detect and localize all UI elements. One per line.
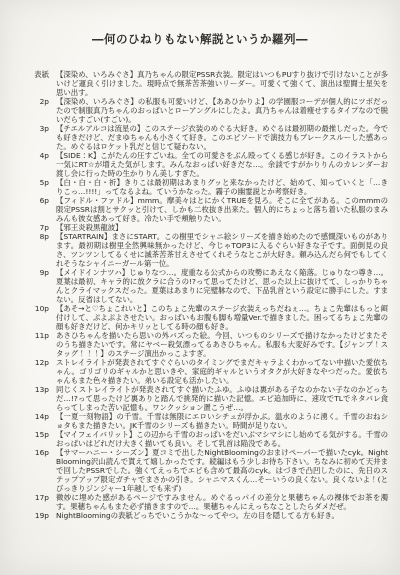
entry-row: 13p 同じくストレイライトが発表されてすぐ描いたふゆ。ふゆは裏がある子なのかな… [12,385,388,412]
entry-text: 【深染め、いろみぐさ】真乃ちゃんの限定PSSR衣装。限定はいつもPUすり抜けで引… [56,70,388,97]
page-title: ―何のひねりもない解説というか羅列― [12,32,388,46]
entry-text: 【STARTRAIN】まさにSTART。この樹里でシャニ絵シリーズを描き始めたの… [56,232,388,268]
entry-page-label: 17p [12,493,56,511]
entry-row: 3p 【チエルアルコは流星の】このステージ衣装のめぐる大好き。めぐるは最初期の最… [12,124,388,151]
entry-text: 【邪王炎殺黒龍波】 [56,223,388,232]
entry-row: 11p あさひちゃんを描いたら思いの外バズった絵。今回、いつものシリーズで描けな… [12,331,388,358]
scanned-commentary-page: ―何のひねりもない解説というか羅列― 表紙 【深染め、いろみぐさ】真乃ちゃんの限… [0,0,400,575]
entry-row: 10p 【あそ→と♡ちょこれいと】このちょこ先輩のステージ衣装えっちだねぇ…。ち… [12,304,388,331]
entry-row: 19p NightBloomingの表紙どっちでいこうかな〜ってやつ。左の目を隠… [12,511,388,520]
entry-page-label: 15p [12,430,56,448]
entry-text: 【メイドインナツハ】じゅりなつ…。度重なる公式からの攻勢にあえなく陥落。じゅりな… [56,268,388,304]
entry-row: 6p 【フィドル・ファドル】mmm。摩美々はとにかくTRUEを見ろ。そこに全てが… [12,196,388,223]
entry-text: 【あそ→と♡ちょこれいと】このちょこ先輩のステージ衣装えっちだねぇ…。ちょこ先輩… [56,304,388,331]
entry-row: 14p 【一夏一刻物語】の千雪。千雪は無限にエロいシチュが浮かぶ。温水のように湧… [12,412,388,430]
entry-row: 17p 微妙に埋めた感があるページですみません。めぐるっパイの差分と果穂ちゃんの… [12,493,388,511]
entry-page-label: 5p [12,178,56,196]
entry-page-label: 14p [12,412,56,430]
entry-text: NightBloomingの表紙どっちでいこうかな〜ってやつ。左の目を隠してる方… [56,511,388,520]
entry-page-label: 10p [12,304,56,331]
entry-text: 【マイフェイバリット】この辺から千雪のおっぱいをだいぶマシマシにし始めてる気がす… [56,430,388,448]
entry-row: 表紙 【深染め、いろみぐさ】真乃ちゃんの限定PSSR衣装。限定はいつもPUすり抜… [12,70,388,97]
entry-page-label: 19p [12,511,56,520]
entry-page-label: 3p [12,124,56,151]
entry-text: 【深染め、いろみぐさ】の私服も可愛いけど、【ああひかりよ】の学園服コーデが個人的… [56,97,388,124]
entry-row: 15p 【マイフェイバリット】この辺から千雪のおっぱいをだいぶマシマシにし始めて… [12,430,388,448]
entry-page-label: 表紙 [12,70,56,97]
entry-page-label: 6p [12,196,56,223]
entry-page-label: 16p [12,448,56,493]
entry-text: 【フィドル・ファドル】mmm。摩美々はとにかくTRUEを見ろ。そこに全てがある。… [56,196,388,223]
entry-page-label: 4p [12,151,56,178]
entry-text: 【サマーハニー・シーズン】夏コミで出したNightBloomingのおまけペーパ… [56,448,388,493]
entry-page-label: 7p [12,223,56,232]
entry-page-label: 13p [12,385,56,412]
entry-row: 5p 【白・白・白・祈】きりこは最初期はあまりグッと来なかったけど、始めて、知っ… [12,178,388,196]
entry-row: 8p 【STARTRAIN】まさにSTART。この樹里でシャニ絵シリーズを描き始… [12,232,388,268]
entry-text: ストレイライトが発表されてすぐぐらいのタイミングでまだキャラよくわかってない中描… [56,358,388,385]
entry-text: 微妙に埋めた感があるページですみません。めぐるっパイの差分と果穂ちゃんの裸体でお… [56,493,388,511]
entry-page-label: 11p [12,331,56,358]
entry-row: 16p 【サマーハニー・シーズン】夏コミで出したNightBloomingのおま… [12,448,388,493]
entry-row: 2p 【深染め、いろみぐさ】の私服も可愛いけど、【ああひかりよ】の学園服コーデが… [12,97,388,124]
entry-text: 【SIDE：K】こがたんの圧すごいね。全ての可愛さをぶん殴ってくる感じが好き。こ… [56,151,388,178]
entry-text: あさひちゃんを描いたら思いの外バズった絵。今回、いつものシリーズで描けなかったけ… [56,331,388,358]
entry-text: 【白・白・白・祈】きりこは最初期はあまりグッと来なかったけど、始めて、知っていく… [56,178,388,196]
entry-text: 【チエルアルコは流星の】このステージ衣装のめぐる大好き。めぐるは最初期の最推しだ… [56,124,388,151]
entry-page-label: 2p [12,97,56,124]
entry-page-label: 9p [12,268,56,304]
entry-text: 同じくストレイライトが発表されてすぐ描いたふゆ。ふゆは裏がある子なのかない子なの… [56,385,388,412]
entry-row: 12p ストレイライトが発表されてすぐぐらいのタイミングでまだキャラよくわかって… [12,358,388,385]
commentary-entries: 表紙 【深染め、いろみぐさ】真乃ちゃんの限定PSSR衣装。限定はいつもPUすり抜… [12,70,388,520]
entry-page-label: 8p [12,232,56,268]
entry-row: 7p 【邪王炎殺黒龍波】 [12,223,388,232]
entry-text: 【一夏一刻物語】の千雪。千雪は無限にエロいシチュが浮かぶ。温水のように湧く。千雪… [56,412,388,430]
entry-row: 9p 【メイドインナツハ】じゅりなつ…。度重なる公式からの攻勢にあえなく陥落。じ… [12,268,388,304]
entry-page-label: 12p [12,358,56,385]
entry-row: 4p 【SIDE：K】こがたんの圧すごいね。全ての可愛さをぶん殴ってくる感じが好… [12,151,388,178]
